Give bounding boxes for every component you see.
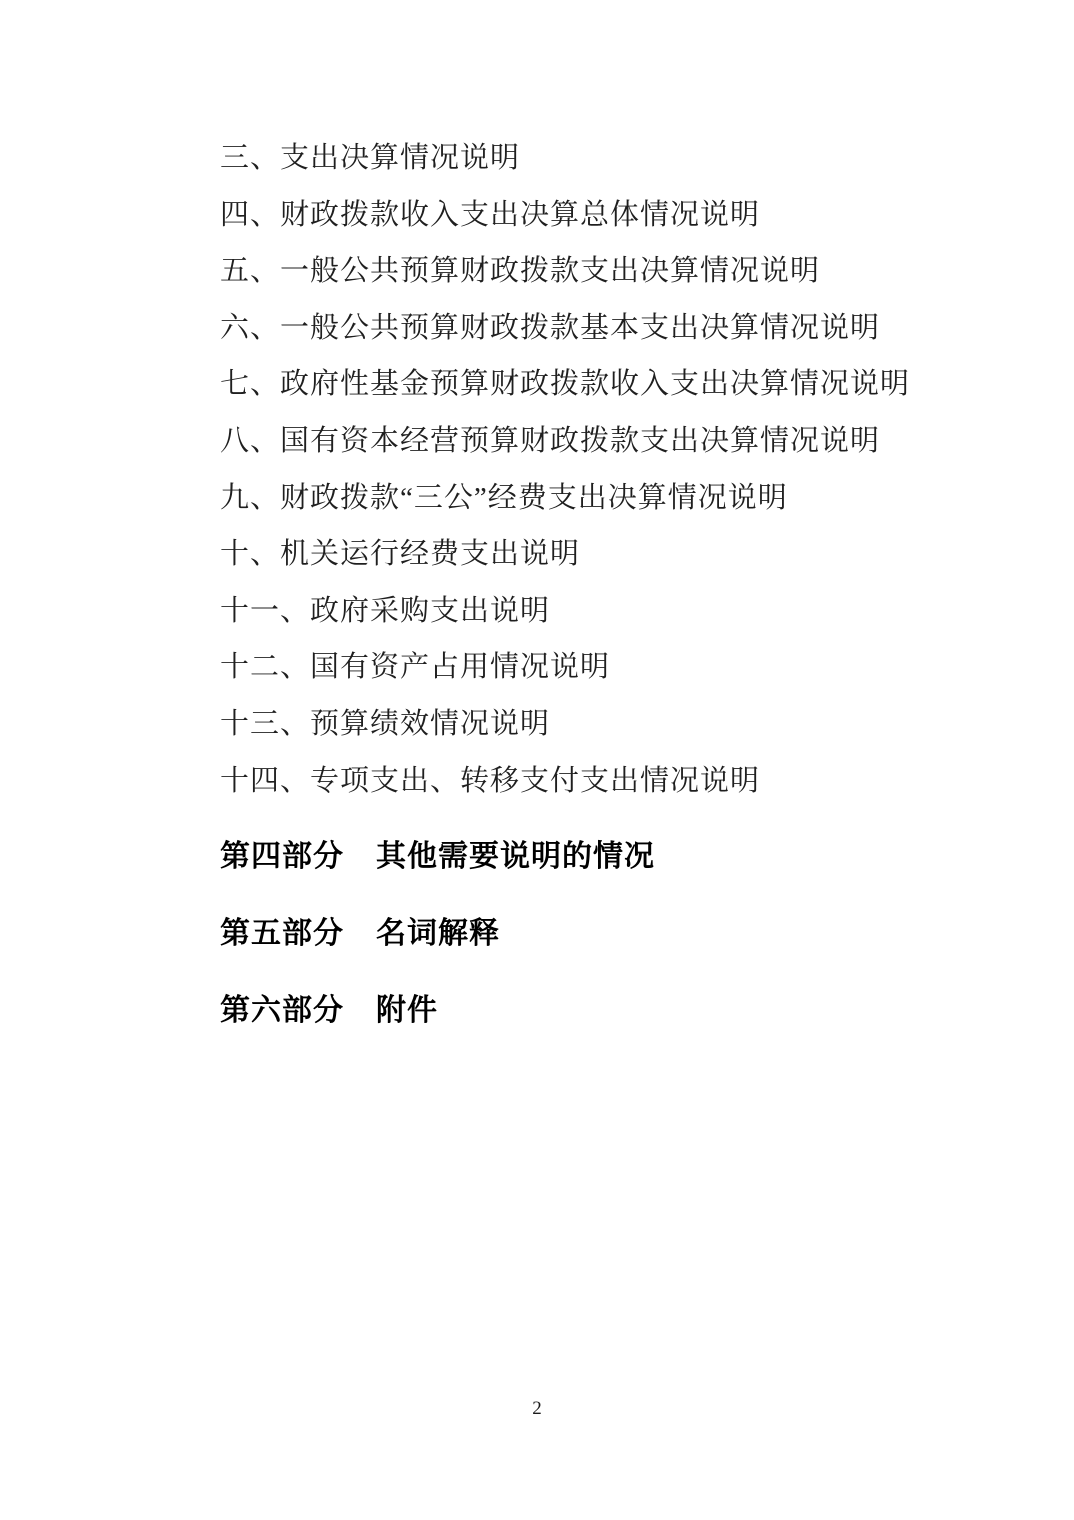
toc-entry: 十、机关运行经费支出说明 bbox=[220, 526, 994, 583]
toc-entry: 十一、政府采购支出说明 bbox=[220, 583, 994, 640]
section-heading-list: 第四部分其他需要说明的情况 第五部分名词解释 第六部分附件 bbox=[220, 818, 994, 1049]
toc-entry: 十二、国有资产占用情况说明 bbox=[220, 639, 994, 696]
section-heading-part5: 第五部分名词解释 bbox=[220, 895, 994, 972]
toc-entry: 八、国有资本经营预算财政拨款支出决算情况说明 bbox=[220, 413, 994, 470]
toc-entry: 十四、专项支出、转移支付支出情况说明 bbox=[220, 753, 994, 810]
toc-entry: 九、财政拨款“三公”经费支出决算情况说明 bbox=[220, 470, 994, 527]
toc-entry: 十三、预算绩效情况说明 bbox=[220, 696, 994, 753]
section-part-label: 第五部分 bbox=[220, 917, 344, 950]
page-number: 2 bbox=[0, 1398, 1074, 1420]
section-part-label: 第四部分 bbox=[220, 840, 344, 873]
toc-entry: 七、政府性基金预算财政拨款收入支出决算情况说明 bbox=[220, 356, 994, 413]
toc-entry: 三、支出决算情况说明 bbox=[220, 130, 994, 187]
section-part-label: 第六部分 bbox=[220, 994, 344, 1027]
toc-entry: 五、一般公共预算财政拨款支出决算情况说明 bbox=[220, 243, 994, 300]
toc-entry: 六、一般公共预算财政拨款基本支出决算情况说明 bbox=[220, 300, 994, 357]
section-part-title: 其他需要说明的情况 bbox=[376, 840, 655, 873]
section-part-title: 附件 bbox=[376, 994, 438, 1027]
table-of-contents: 三、支出决算情况说明 四、财政拨款收入支出决算总体情况说明 五、一般公共预算财政… bbox=[220, 130, 994, 809]
document-page: 三、支出决算情况说明 四、财政拨款收入支出决算总体情况说明 五、一般公共预算财政… bbox=[0, 0, 1074, 1520]
toc-entry: 四、财政拨款收入支出决算总体情况说明 bbox=[220, 187, 994, 244]
section-part-title: 名词解释 bbox=[376, 917, 500, 950]
section-heading-part4: 第四部分其他需要说明的情况 bbox=[220, 818, 994, 895]
section-heading-part6: 第六部分附件 bbox=[220, 972, 994, 1049]
